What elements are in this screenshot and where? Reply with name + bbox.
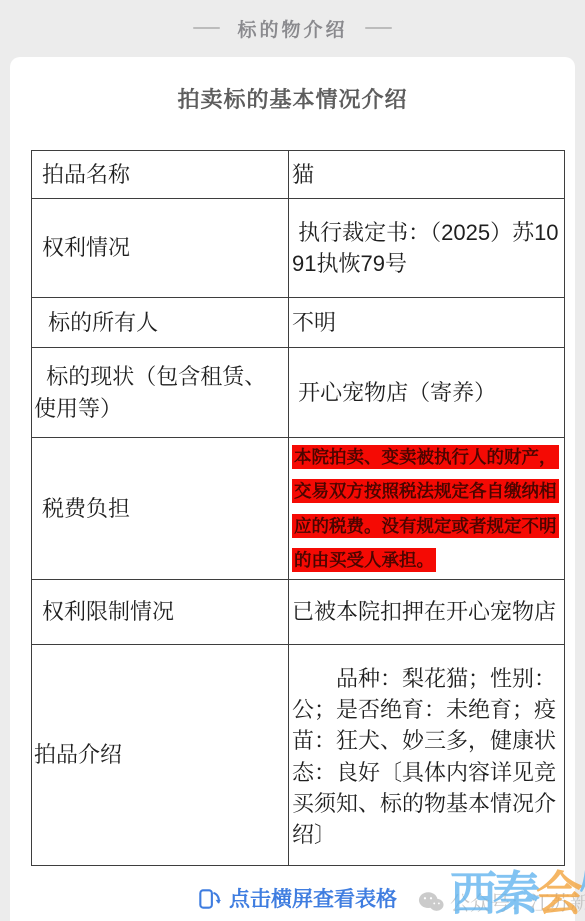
row-label: 拍品名称 (32, 151, 289, 199)
wechat-icon (418, 890, 444, 914)
table-row: 拍品名称猫 (32, 151, 565, 199)
watermark-char: 秦 (493, 867, 536, 920)
watermark-logo: 西秦会馆 (450, 870, 585, 917)
row-label: 权利情况 (32, 199, 289, 298)
row-label: 拍品介绍 (32, 645, 289, 866)
watermark-char: 会 (536, 867, 579, 920)
row-value: 已被本院扣押在开心宠物店 (289, 580, 565, 645)
row-value: 本院拍卖、变卖被执行人的财产，交易双方按照税法规定各自缴纳相应的税费。没有规定或… (289, 438, 565, 580)
row-label: 税费负担 (32, 438, 289, 580)
section-header-title: 标的物介绍 (237, 15, 347, 42)
watermark-char: 西 (450, 867, 493, 920)
rotate-phone-icon[interactable] (196, 886, 221, 911)
row-value: 执行裁定书：（2025）苏1091执恢79号 (289, 199, 565, 298)
table-row: 权利限制情况已被本院扣押在开心宠物店 (32, 580, 565, 645)
header-dash-left (193, 27, 220, 29)
row-value: 开心宠物店（寄养） (289, 348, 565, 438)
row-label: 标的现状（包含租赁、使用等） (32, 348, 289, 438)
content-card: 拍卖标的基本情况介绍 拍品名称猫权利情况 执行裁定书：（2025）苏1091执恢… (10, 57, 575, 921)
table-row: 权利情况 执行裁定书：（2025）苏1091执恢79号 (32, 199, 565, 298)
row-value: 不明 (289, 298, 565, 348)
row-label: 标的所有人 (32, 298, 289, 348)
highlighted-text: 本院拍卖、变卖被执行人的财产，交易双方按照税法规定各自缴纳相应的税费。没有规定或… (292, 445, 559, 572)
table-row: 税费负担本院拍卖、变卖被执行人的财产，交易双方按照税法规定各自缴纳相应的税费。没… (32, 438, 565, 580)
header-dash-right (365, 27, 392, 29)
table-row: 拍品介绍品种：梨花猫；性别：公；是否绝育：未绝育；疫苗：狂犬、妙三多，健康状态：… (32, 645, 565, 866)
row-value: 品种：梨花猫；性别：公；是否绝育：未绝育；疫苗：狂犬、妙三多，健康状态：良好〔具… (289, 645, 565, 866)
rotate-view-link[interactable]: 点击横屏查看表格 (196, 883, 397, 913)
row-value: 猫 (289, 151, 565, 199)
auction-info-table: 拍品名称猫权利情况 执行裁定书：（2025）苏1091执恢79号 标的所有人不明… (31, 150, 565, 866)
watermark-char: 馆 (579, 867, 585, 920)
table-row: 标的所有人不明 (32, 298, 565, 348)
section-header: 标的物介绍 (0, 0, 585, 56)
table-row: 标的现状（包含租赁、使用等） 开心宠物店（寄养） (32, 348, 565, 438)
row-label: 权利限制情况 (32, 580, 289, 645)
page-title: 拍卖标的基本情况介绍 (10, 83, 575, 114)
rotate-view-link-label[interactable]: 点击横屏查看表格 (229, 883, 397, 913)
